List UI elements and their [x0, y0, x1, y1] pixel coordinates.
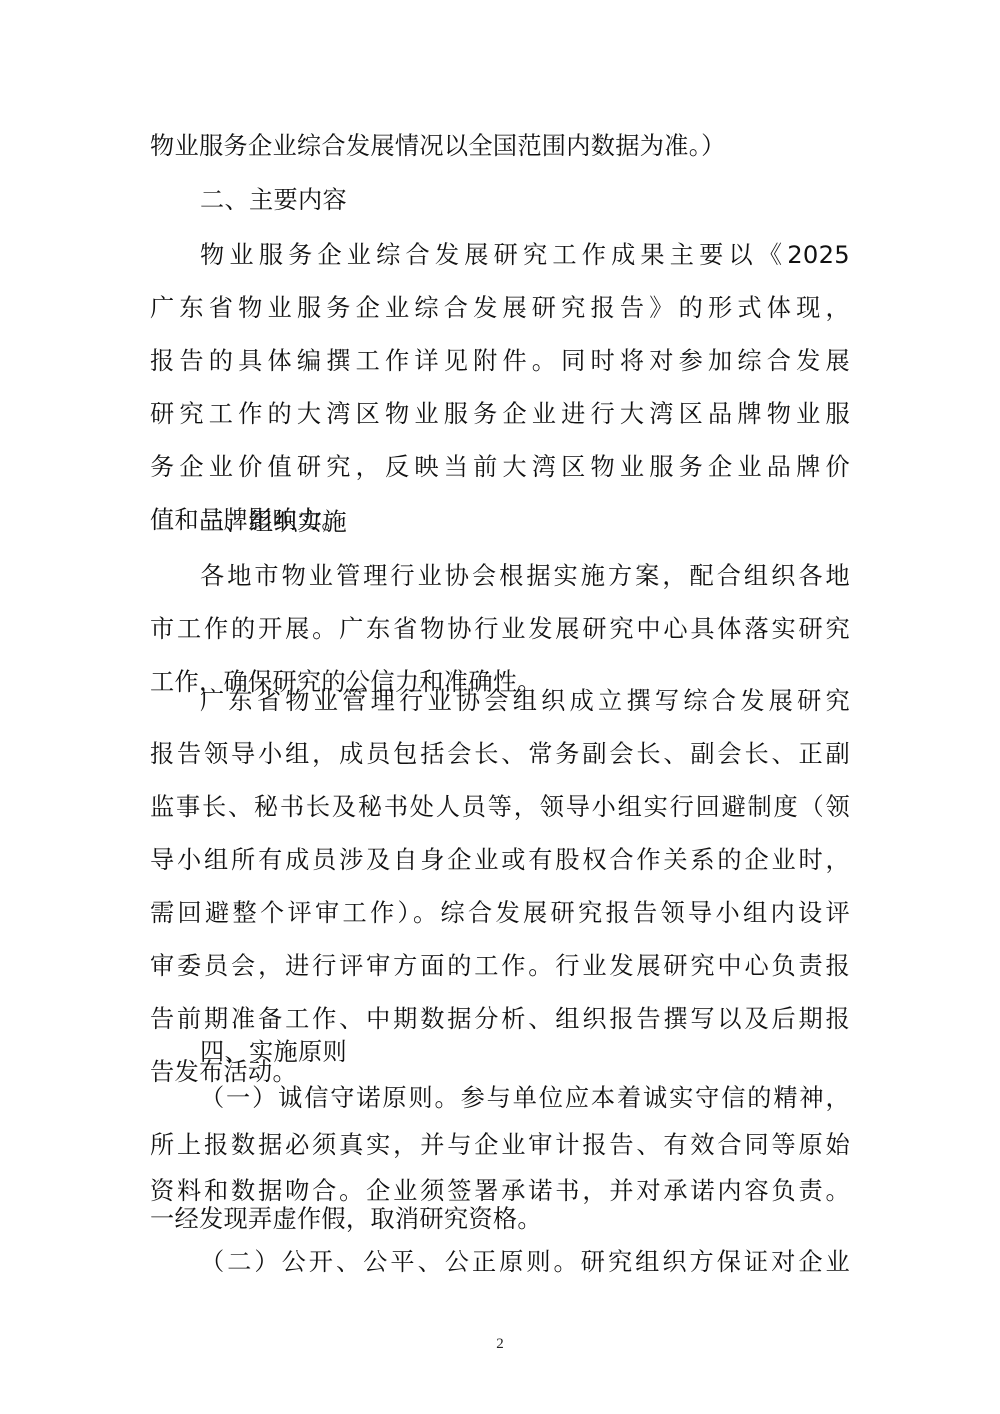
paragraph-line: 各地市物业管理行业协会根据实施方案，配合组织各地	[200, 561, 850, 591]
paragraph-line: 报告领导小组，成员包括会长、常务副会长、副会长、正副	[150, 739, 850, 769]
document-page: 物业服务企业综合发展情况以全国范围内数据为准。） 二、主要内容 物业服务企业综合…	[0, 0, 1000, 1414]
section-heading-organization-text: 三、组织实施	[200, 507, 900, 537]
paragraph-line: 资料和数据吻合。企业须签署承诺书，并对承诺内容负责。	[150, 1176, 850, 1206]
paragraph-line: 市工作的开展。广东省物协行业发展研究中心具体落实研究	[150, 614, 850, 644]
paragraph-line: （一）诚信守诺原则。参与单位应本着诚实守信的精神，	[200, 1083, 850, 1113]
paragraph-line: 所上报数据必须真实，并与企业审计报告、有效合同等原始	[150, 1130, 850, 1160]
paragraph-line: 研究工作的大湾区物业服务企业进行大湾区品牌物业服	[150, 399, 850, 429]
paragraph-line: （二）公开、公平、公正原则。研究组织方保证对企业	[200, 1247, 850, 1277]
paragraph-line: 务企业价值研究，反映当前大湾区物业服务企业品牌价	[150, 452, 850, 482]
paragraph-line: 报告的具体编撰工作详见附件。同时将对参加综合发展	[150, 346, 850, 376]
paragraph-line: 一经发现弄虚作假，取消研究资格。	[150, 1204, 850, 1234]
paragraph-continuation-line: 物业服务企业综合发展情况以全国范围内数据为准。）	[150, 131, 850, 161]
section-heading-main-content: 二、主要内容	[200, 185, 900, 215]
paragraph-line: 广东省物业服务企业综合发展研究报告》的形式体现，	[150, 293, 850, 323]
paragraph-line: 物业服务企业综合发展研究工作成果主要以《2025	[200, 240, 850, 270]
paragraph-line: 告前期准备工作、中期数据分析、组织报告撰写以及后期报	[150, 1004, 850, 1034]
paragraph-line: 广东省物业管理行业协会组织成立撰写综合发展研究	[200, 686, 850, 716]
paragraph-line: 审委员会，进行评审方面的工作。行业发展研究中心负责报	[150, 951, 850, 981]
paragraph-line: 导小组所有成员涉及自身企业或有股权合作关系的企业时，	[150, 845, 850, 875]
section-heading-principles: 四、实施原则	[200, 1037, 900, 1067]
paragraph-line: 监事长、秘书长及秘书处人员等，领导小组实行回避制度（领	[150, 792, 850, 822]
paragraph-line: 需回避整个评审工作）。综合发展研究报告领导小组内设评	[150, 898, 850, 928]
page-number: 2	[0, 1336, 1000, 1353]
